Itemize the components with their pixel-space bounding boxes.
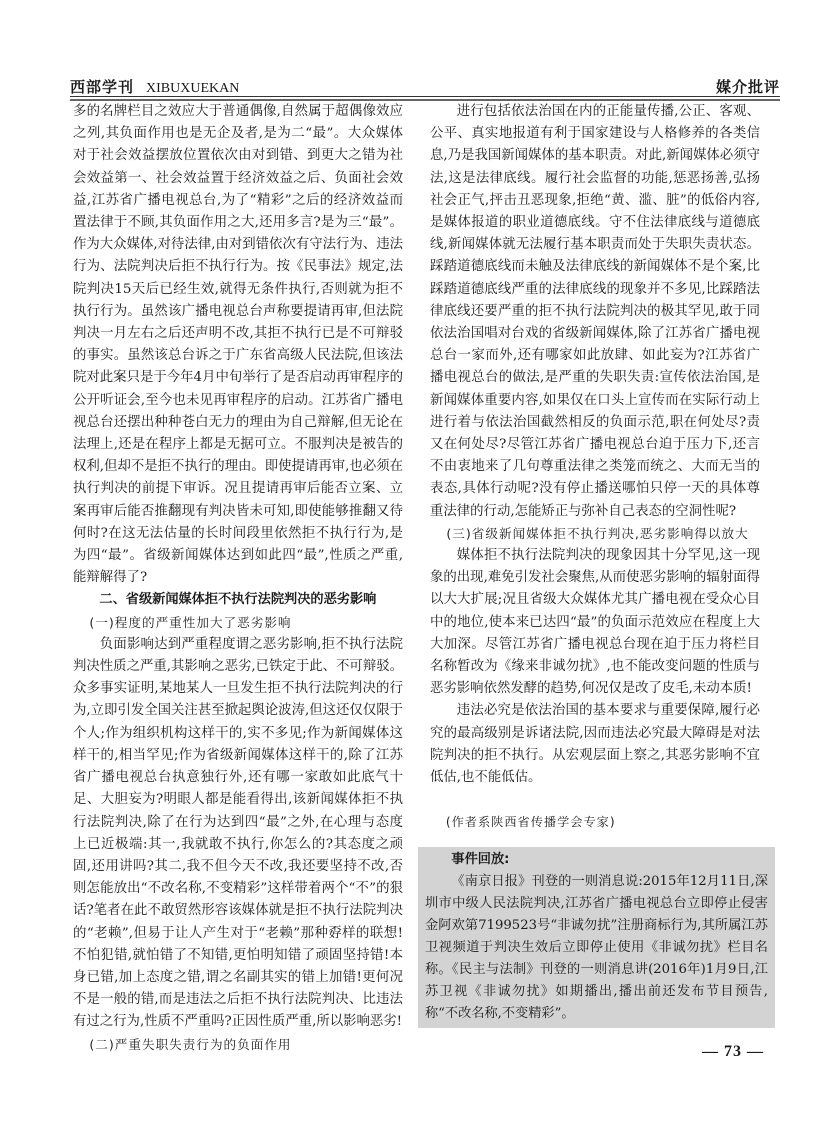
box-title: 事件回放: (425, 849, 768, 871)
header-rule-thin (70, 96, 780, 97)
author-byline: (作者系陕西省传播学会专家) (430, 811, 760, 833)
event-review-box: 事件回放: 《南京日报》刊登的一则消息说:2015年12月11日,深圳市中级人民… (418, 847, 775, 1028)
right-column: 进行包括依法治国在内的正能量传播,公正、客观、公平、真实地报道有利于国家建设与人… (430, 101, 760, 834)
paragraph: 进行包括依法治国在内的正能量传播,公正、客观、公平、真实地报道有利于国家建设与人… (430, 101, 760, 523)
journal-name: 西部学刊XIBUXUEKAN (70, 76, 239, 97)
subsection-heading: (一)程度的严重性加大了恶劣影响 (73, 612, 403, 634)
page-number: — 73 — (702, 1043, 764, 1061)
paragraph: 负面影响达到严重程度谓之恶劣影响,拒不执行法院判决性质之严重,其影响之恶劣,已铁… (73, 634, 403, 1034)
section-title: 媒介批评 (716, 76, 780, 97)
subsection-heading: (二)严重失职失责行为的负面作用 (73, 1034, 403, 1056)
journal-name-cn: 西部学刊 (70, 78, 134, 96)
paragraph: 媒体拒不执行法院判决的现象因其十分罕见,这一现象的出现,难免引发社会聚焦,从而使… (430, 545, 760, 700)
journal-name-latin: XIBUXUEKAN (146, 81, 239, 96)
running-header: 西部学刊XIBUXUEKAN 媒介批评 (70, 76, 780, 98)
section-heading: 二、省级新闻媒体拒不执行法院判决的恶劣影响 (73, 589, 403, 611)
subsection-heading: (三)省级新闻媒体拒不执行判决,恶劣影响得以放大 (430, 523, 760, 545)
paragraph: 违法必究是依法治国的基本要求与重要保障,履行必究的最高级别是诉诸法院,因而违法必… (430, 700, 760, 789)
paragraph: 多的名牌栏目之效应大于普通偶像,自然属于超偶像效应之列,其负面作用也是无企及者,… (73, 101, 403, 589)
left-column: 多的名牌栏目之效应大于普通偶像,自然属于超偶像效应之列,其负面作用也是无企及者,… (73, 101, 403, 1056)
box-body: 《南京日报》刊登的一则消息说:2015年12月11日,深圳市中级人民法院判决,江… (425, 871, 768, 1025)
